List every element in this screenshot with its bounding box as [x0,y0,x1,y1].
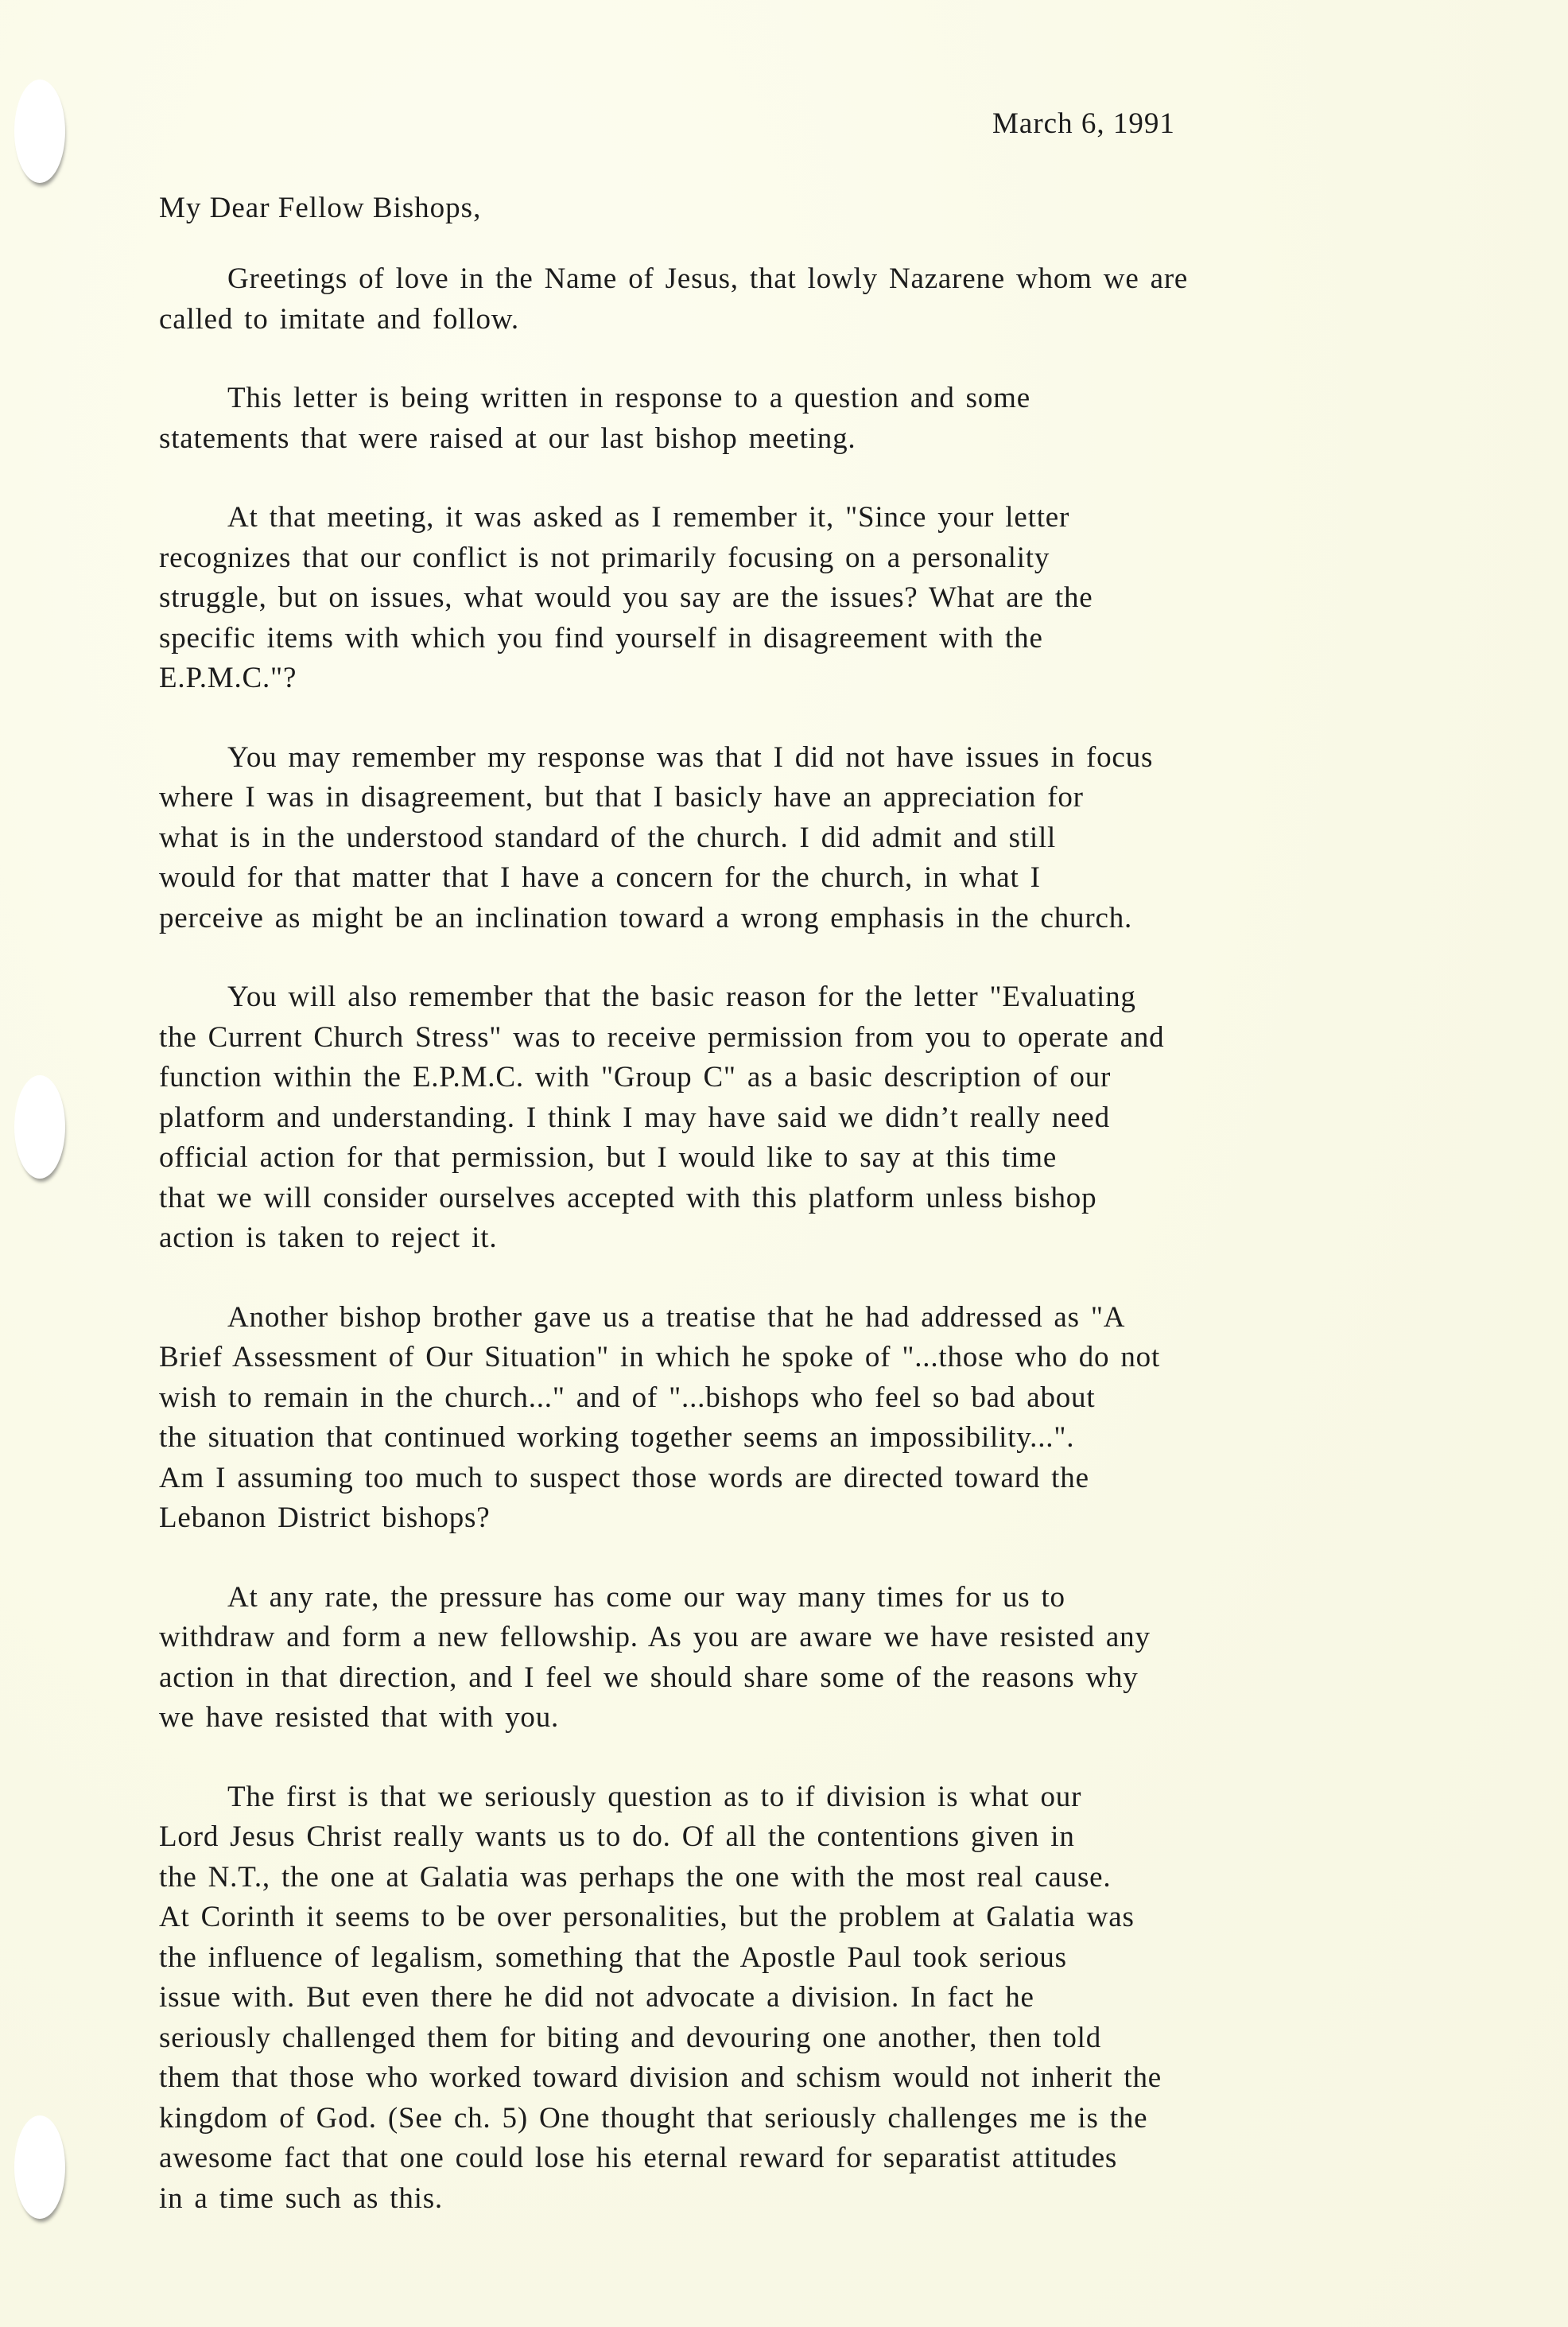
text-line: This letter is being written in response… [159,379,1447,419]
text-line: where I was in disagreement, but that I … [159,778,1447,818]
text-line: struggle, but on issues, what would you … [159,578,1447,619]
text-line: recognizes that our conflict is not prim… [159,538,1447,579]
punch-hole-icon [14,2115,65,2219]
paragraph: At that meeting, it was asked as I remem… [159,498,1447,699]
text-line: You will also remember that the basic re… [159,977,1447,1018]
text-line: function within the E.P.M.C. with "Group… [159,1058,1447,1098]
text-line: Greetings of love in the Name of Jesus, … [159,259,1447,300]
text-line: At Corinth it seems to be over personali… [159,1898,1447,1938]
letter-page: March 6, 1991 My Dear Fellow Bishops, Gr… [0,0,1568,2327]
text-line: the N.T., the one at Galatia was perhaps… [159,1858,1447,1898]
paragraph: The first is that we seriously question … [159,1777,1447,2220]
letter-date: March 6, 1991 [992,107,1175,141]
text-line: At any rate, the pressure has come our w… [159,1578,1447,1618]
letter-body: Greetings of love in the Name of Jesus, … [159,259,1447,2258]
text-line: wish to remain in the church..." and of … [159,1378,1447,1419]
punch-hole-icon [14,80,65,183]
text-line: awesome fact that one could lose his ete… [159,2139,1447,2179]
paragraph: Greetings of love in the Name of Jesus, … [159,259,1447,340]
text-line: specific items with which you find yours… [159,619,1447,659]
text-line: that we will consider ourselves accepted… [159,1179,1447,1219]
paragraph: You may remember my response was that I … [159,738,1447,939]
text-line: action is taken to reject it. [159,1218,1447,1259]
text-line: Brief Assessment of Our Situation" in wh… [159,1338,1447,1378]
text-line: You may remember my response was that I … [159,738,1447,779]
text-line: what is in the understood standard of th… [159,818,1447,859]
text-line: perceive as might be an inclination towa… [159,899,1447,939]
text-line: Lebanon District bishops? [159,1498,1447,1539]
salutation: My Dear Fellow Bishops, [159,191,481,225]
text-line: seriously challenged them for biting and… [159,2018,1447,2059]
text-line: would for that matter that I have a conc… [159,858,1447,899]
text-line: Another bishop brother gave us a treatis… [159,1298,1447,1338]
text-line: At that meeting, it was asked as I remem… [159,498,1447,538]
text-line: in a time such as this. [159,2179,1447,2220]
text-line: The first is that we seriously question … [159,1777,1447,1818]
paragraph: Another bishop brother gave us a treatis… [159,1298,1447,1539]
text-line: withdraw and form a new fellowship. As y… [159,1618,1447,1658]
text-line: the influence of legalism, something tha… [159,1938,1447,1979]
paragraph: At any rate, the pressure has come our w… [159,1578,1447,1738]
text-line: we have resisted that with you. [159,1698,1447,1738]
paragraph: You will also remember that the basic re… [159,977,1447,1259]
text-line: issue with. But even there he did not ad… [159,1978,1447,2018]
text-line: action in that direction, and I feel we … [159,1658,1447,1699]
text-line: the Current Church Stress" was to receiv… [159,1018,1447,1059]
text-line: kingdom of God. (See ch. 5) One thought … [159,2099,1447,2139]
text-line: the situation that continued working tog… [159,1418,1447,1459]
text-line: Lord Jesus Christ really wants us to do.… [159,1817,1447,1858]
text-line: E.P.M.C."? [159,658,1447,699]
text-line: Am I assuming too much to suspect those … [159,1459,1447,1499]
text-line: statements that were raised at our last … [159,419,1447,460]
text-line: them that those who worked toward divisi… [159,2058,1447,2099]
punch-hole-icon [14,1075,65,1179]
text-line: called to imitate and follow. [159,300,1447,340]
text-line: official action for that permission, but… [159,1138,1447,1179]
text-line: platform and understanding. I think I ma… [159,1098,1447,1139]
paragraph: This letter is being written in response… [159,379,1447,459]
